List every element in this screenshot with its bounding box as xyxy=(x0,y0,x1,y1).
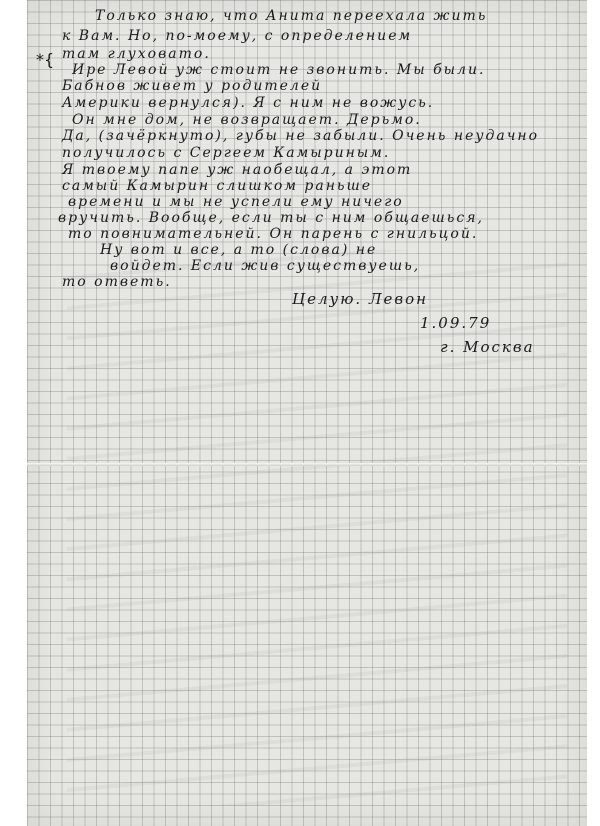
letter-line: времени и мы не успели ему ничего xyxy=(68,194,404,210)
letter-line: то повнимательней. Он парень с гнильцой. xyxy=(68,226,478,242)
letter-place: г. Москва xyxy=(440,338,535,356)
letter-line: к Вам. Но, по-моему, с определением xyxy=(62,28,412,44)
letter-line: вручить. Вообще, если ты с ним общаешься… xyxy=(58,210,484,226)
letter-line: Только знаю, что Анита переехала жить xyxy=(95,8,487,24)
letter-line: Да, (зачёркнуто), губы не забыли. Очень … xyxy=(62,128,539,144)
letter-line: там глуховато. xyxy=(62,46,211,62)
margin-bracket-mark: *{ xyxy=(36,50,54,69)
letter-line: получилось с Сергеем Камыриным. xyxy=(62,145,390,161)
letter-line: самый Камырин слишком раньше xyxy=(62,178,372,194)
letter-line: то ответь. xyxy=(62,274,172,290)
signature: Целую. Левон xyxy=(292,290,428,308)
letter-line: войдет. Если жив существуешь, xyxy=(110,258,420,274)
letter-line: Ире Левой уж стоит не звонить. Мы были. xyxy=(72,62,485,78)
paper-fold xyxy=(27,463,587,466)
bleed-through-text xyxy=(67,250,567,806)
letter-line: Он мне дом, не возвращает. Дерьмо. xyxy=(72,112,422,128)
letter-line: Бабнов живет у родителей xyxy=(62,78,322,94)
letter-line: Я твоему папе уж наобещал, а этот xyxy=(62,162,412,178)
letter-date: 1.09.79 xyxy=(420,314,491,332)
letter-line: Америки вернулся). Я с ним не вожусь. xyxy=(62,95,434,111)
letter-line: Ну вот и все, а то (слова) не xyxy=(100,242,377,258)
